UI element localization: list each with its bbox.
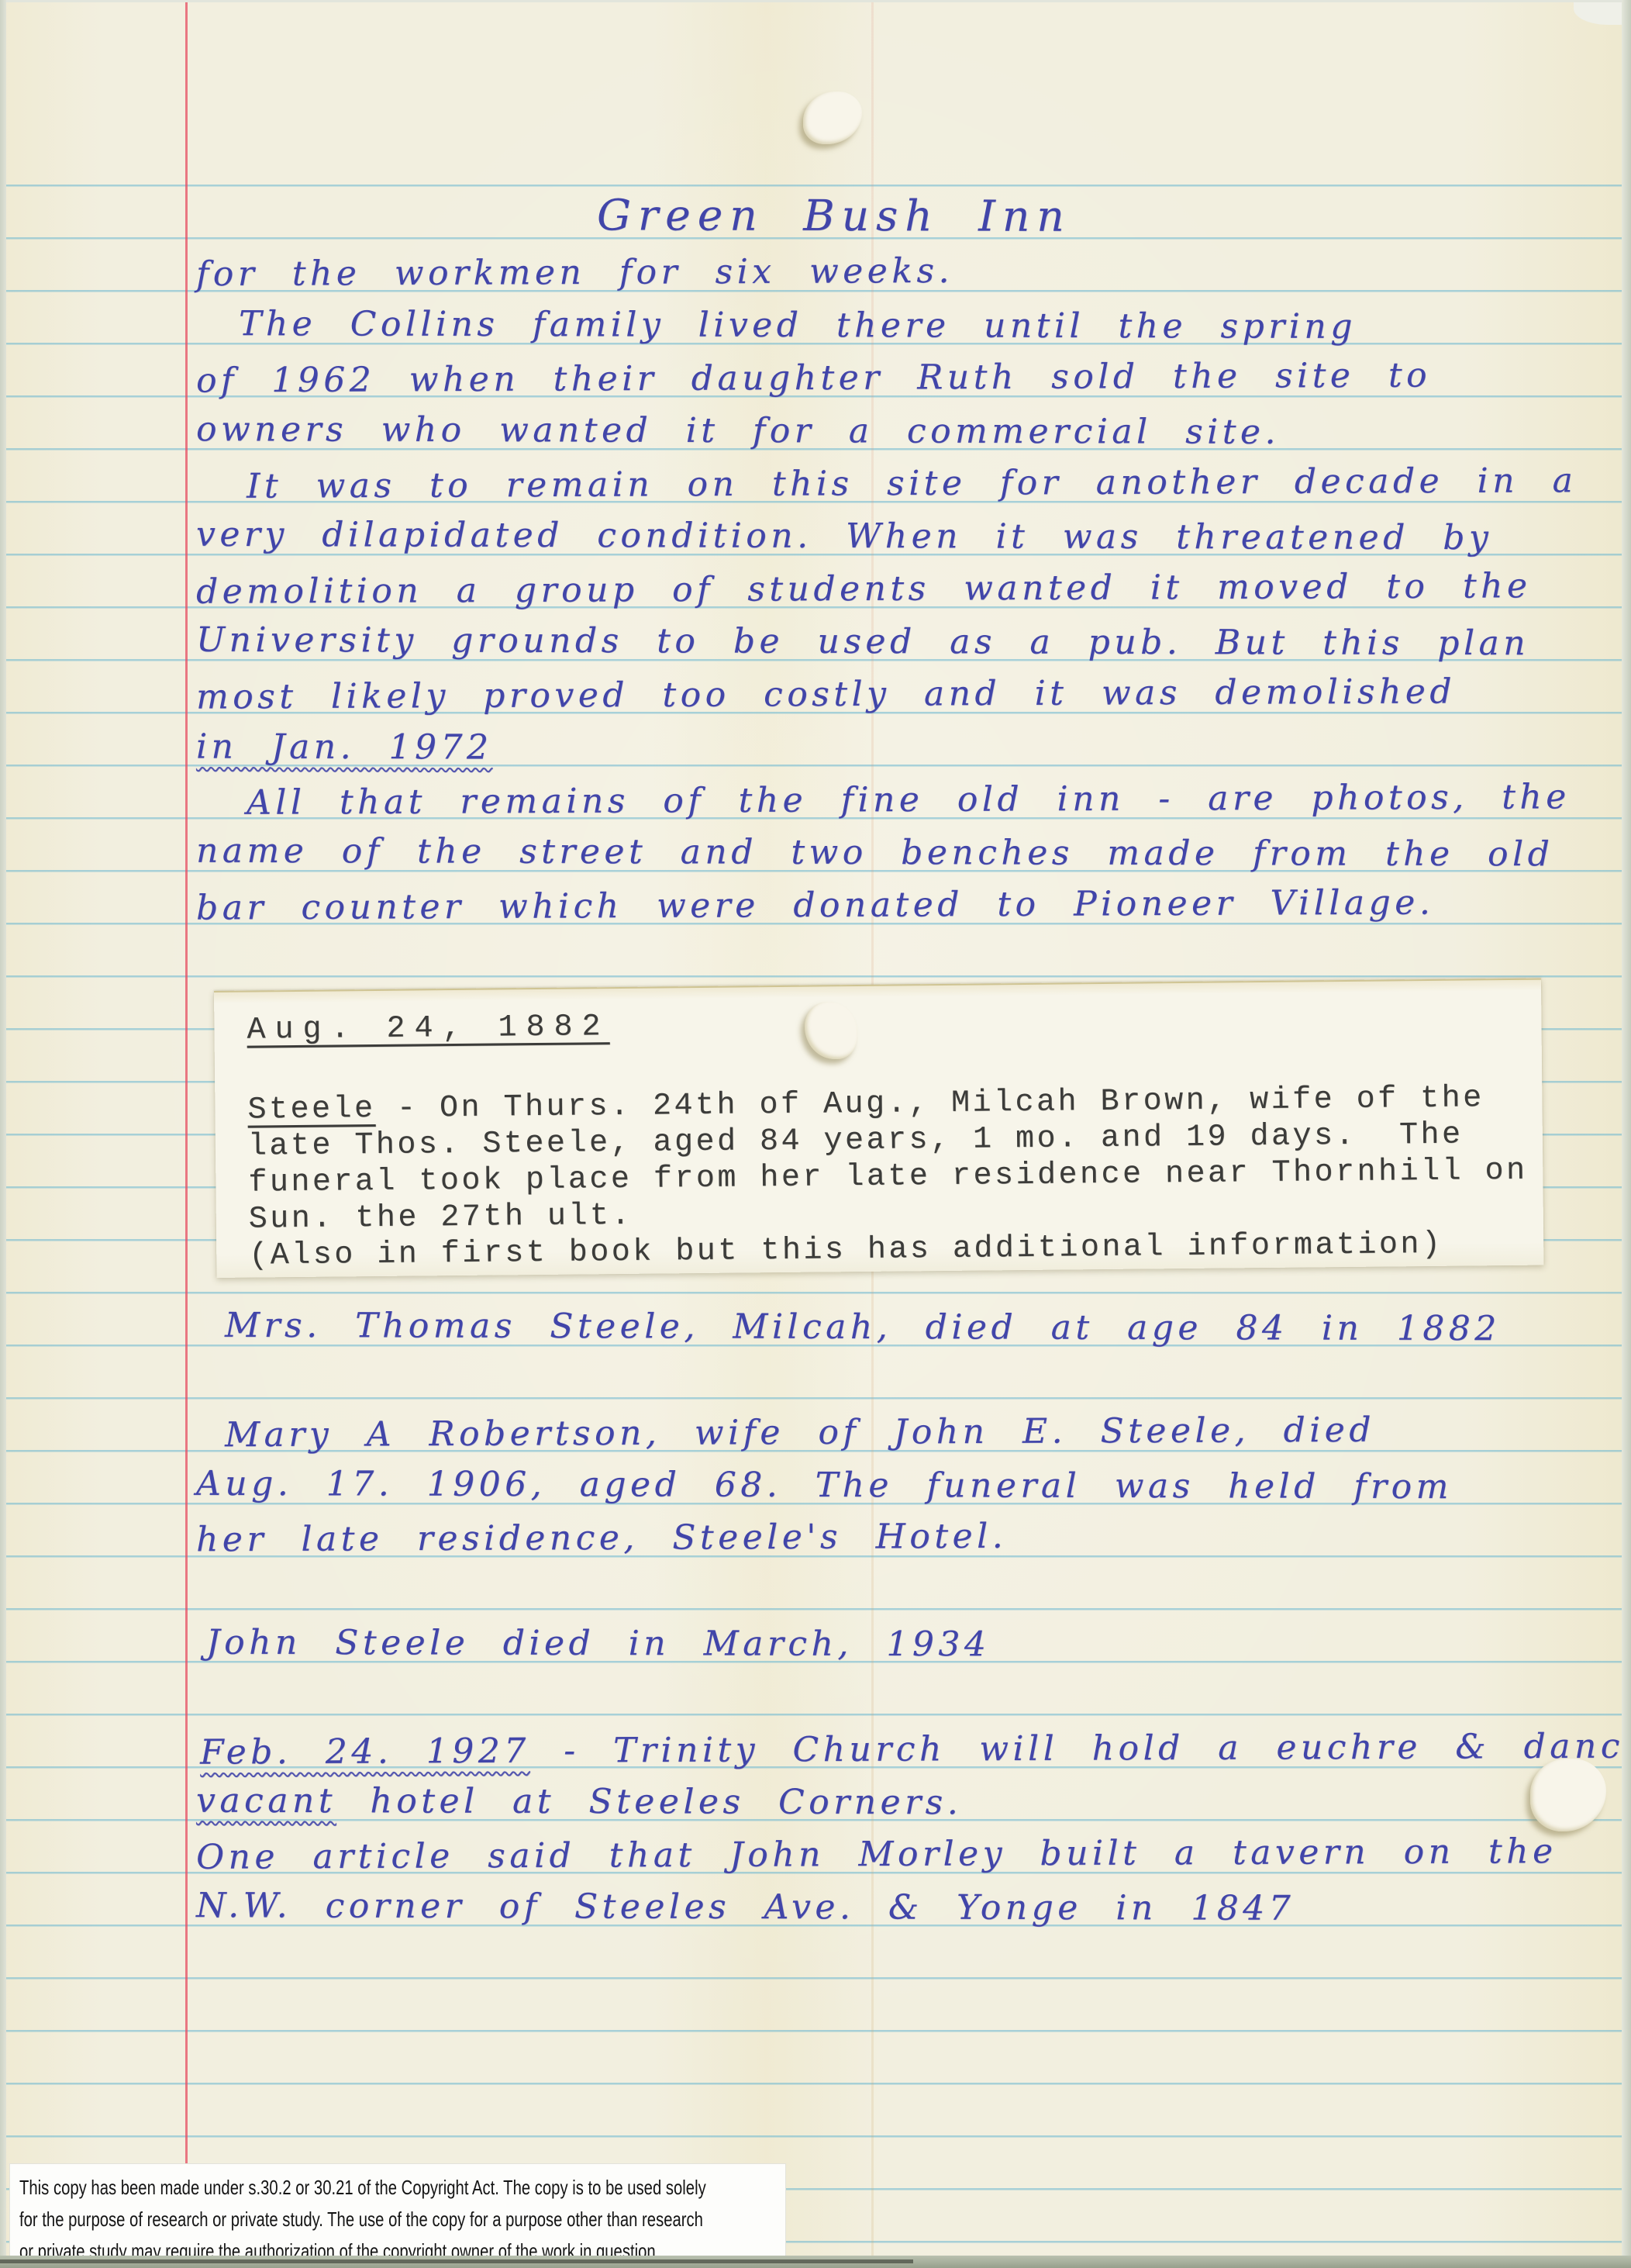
clipping-body: Steele - On Thurs. 24th of Aug., Milcah …	[247, 1080, 1543, 1275]
scan-edge-shadow	[0, 2259, 913, 2263]
red-margin-line	[185, 2, 188, 2256]
handwritten-line: vacant hotel at Steeles Corners.	[196, 1776, 962, 1828]
handwritten-line: Mrs. Thomas Steele, Milcah, died at age …	[225, 1301, 1501, 1354]
handwritten-line: Feb. 24. 1927 - Trinity Church will hold…	[200, 1721, 1631, 1777]
handwritten-line: her late residence, Steele's Hotel.	[196, 1512, 1007, 1566]
handwritten-line: N.W. corner of Steeles Ave. & Yonge in 1…	[196, 1881, 1295, 1934]
newspaper-clipping: Aug. 24, 1882 Steele - On Thurs. 24th of…	[214, 979, 1543, 1278]
handwritten-line: name of the street and two benches made …	[196, 827, 1553, 880]
handwritten-line: demolition a group of students wanted it…	[196, 561, 1532, 617]
copyright-stamp: This copy has been made under s.30.2 or …	[9, 2163, 786, 2266]
handwritten-line: of 1962 when their daughter Ruth sold th…	[196, 351, 1431, 406]
handwritten-line: most likely proved too costly and it was…	[196, 667, 1456, 722]
handwritten-line: All that remains of the fine old inn - a…	[247, 772, 1571, 827]
scanned-notebook-page: Green Bush Inn for the workmen for six w…	[0, 0, 1631, 2268]
stamp-line: This copy has been made under s.30.2 or …	[19, 2172, 617, 2204]
handwritten-line: in Jan. 1972	[196, 722, 493, 772]
line-continuation: - Trinity Church will hold a euchre & da…	[530, 1725, 1631, 1770]
handwritten-line: University grounds to be used as a pub. …	[196, 616, 1529, 669]
scan-edge-top	[0, 0, 1631, 2]
underlined-date: Feb. 24. 1927	[200, 1731, 530, 1773]
handwritten-line: for the workmen for six weeks.	[196, 247, 953, 299]
paper-corner-notch	[1574, 2, 1623, 25]
handwritten-line: bar counter which were donated to Pionee…	[196, 879, 1435, 934]
handwritten-line: It was to remain on this site for anothe…	[247, 456, 1578, 511]
handwritten-line: One article said that John Morley built …	[196, 1827, 1557, 1883]
underlined-word: vacant	[196, 1781, 336, 1821]
handwritten-line: owners who wanted it for a commercial si…	[196, 405, 1280, 457]
stamp-line: for the purpose of research or private s…	[19, 2204, 617, 2235]
clipping-date: Aug. 24, 1882	[247, 1000, 1541, 1049]
scan-edge-left	[0, 0, 6, 2268]
line-continuation: hotel at Steeles Corners.	[336, 1781, 962, 1822]
page-title: Green Bush Inn	[597, 190, 1071, 241]
clipping-date-text: Aug. 24, 1882	[247, 1010, 609, 1048]
handwritten-line: John Steele died in March, 1934	[206, 1618, 991, 1670]
scan-edge-right	[1622, 0, 1631, 2268]
underlined-date: in Jan. 1972	[196, 727, 493, 767]
paper-wrinkle-top-right	[803, 91, 862, 144]
handwritten-line: The Collins family lived there until the…	[239, 299, 1357, 352]
handwritten-line: very dilapidated condition. When it was …	[196, 510, 1492, 563]
clipping-surname: Steele	[247, 1092, 375, 1128]
handwritten-line: Aug. 17. 1906, aged 68. The funeral was …	[196, 1459, 1453, 1512]
handwritten-line: Mary A Robertson, wife of John E. Steele…	[225, 1406, 1375, 1460]
notebook-paper: Green Bush Inn for the workmen for six w…	[6, 2, 1623, 2256]
